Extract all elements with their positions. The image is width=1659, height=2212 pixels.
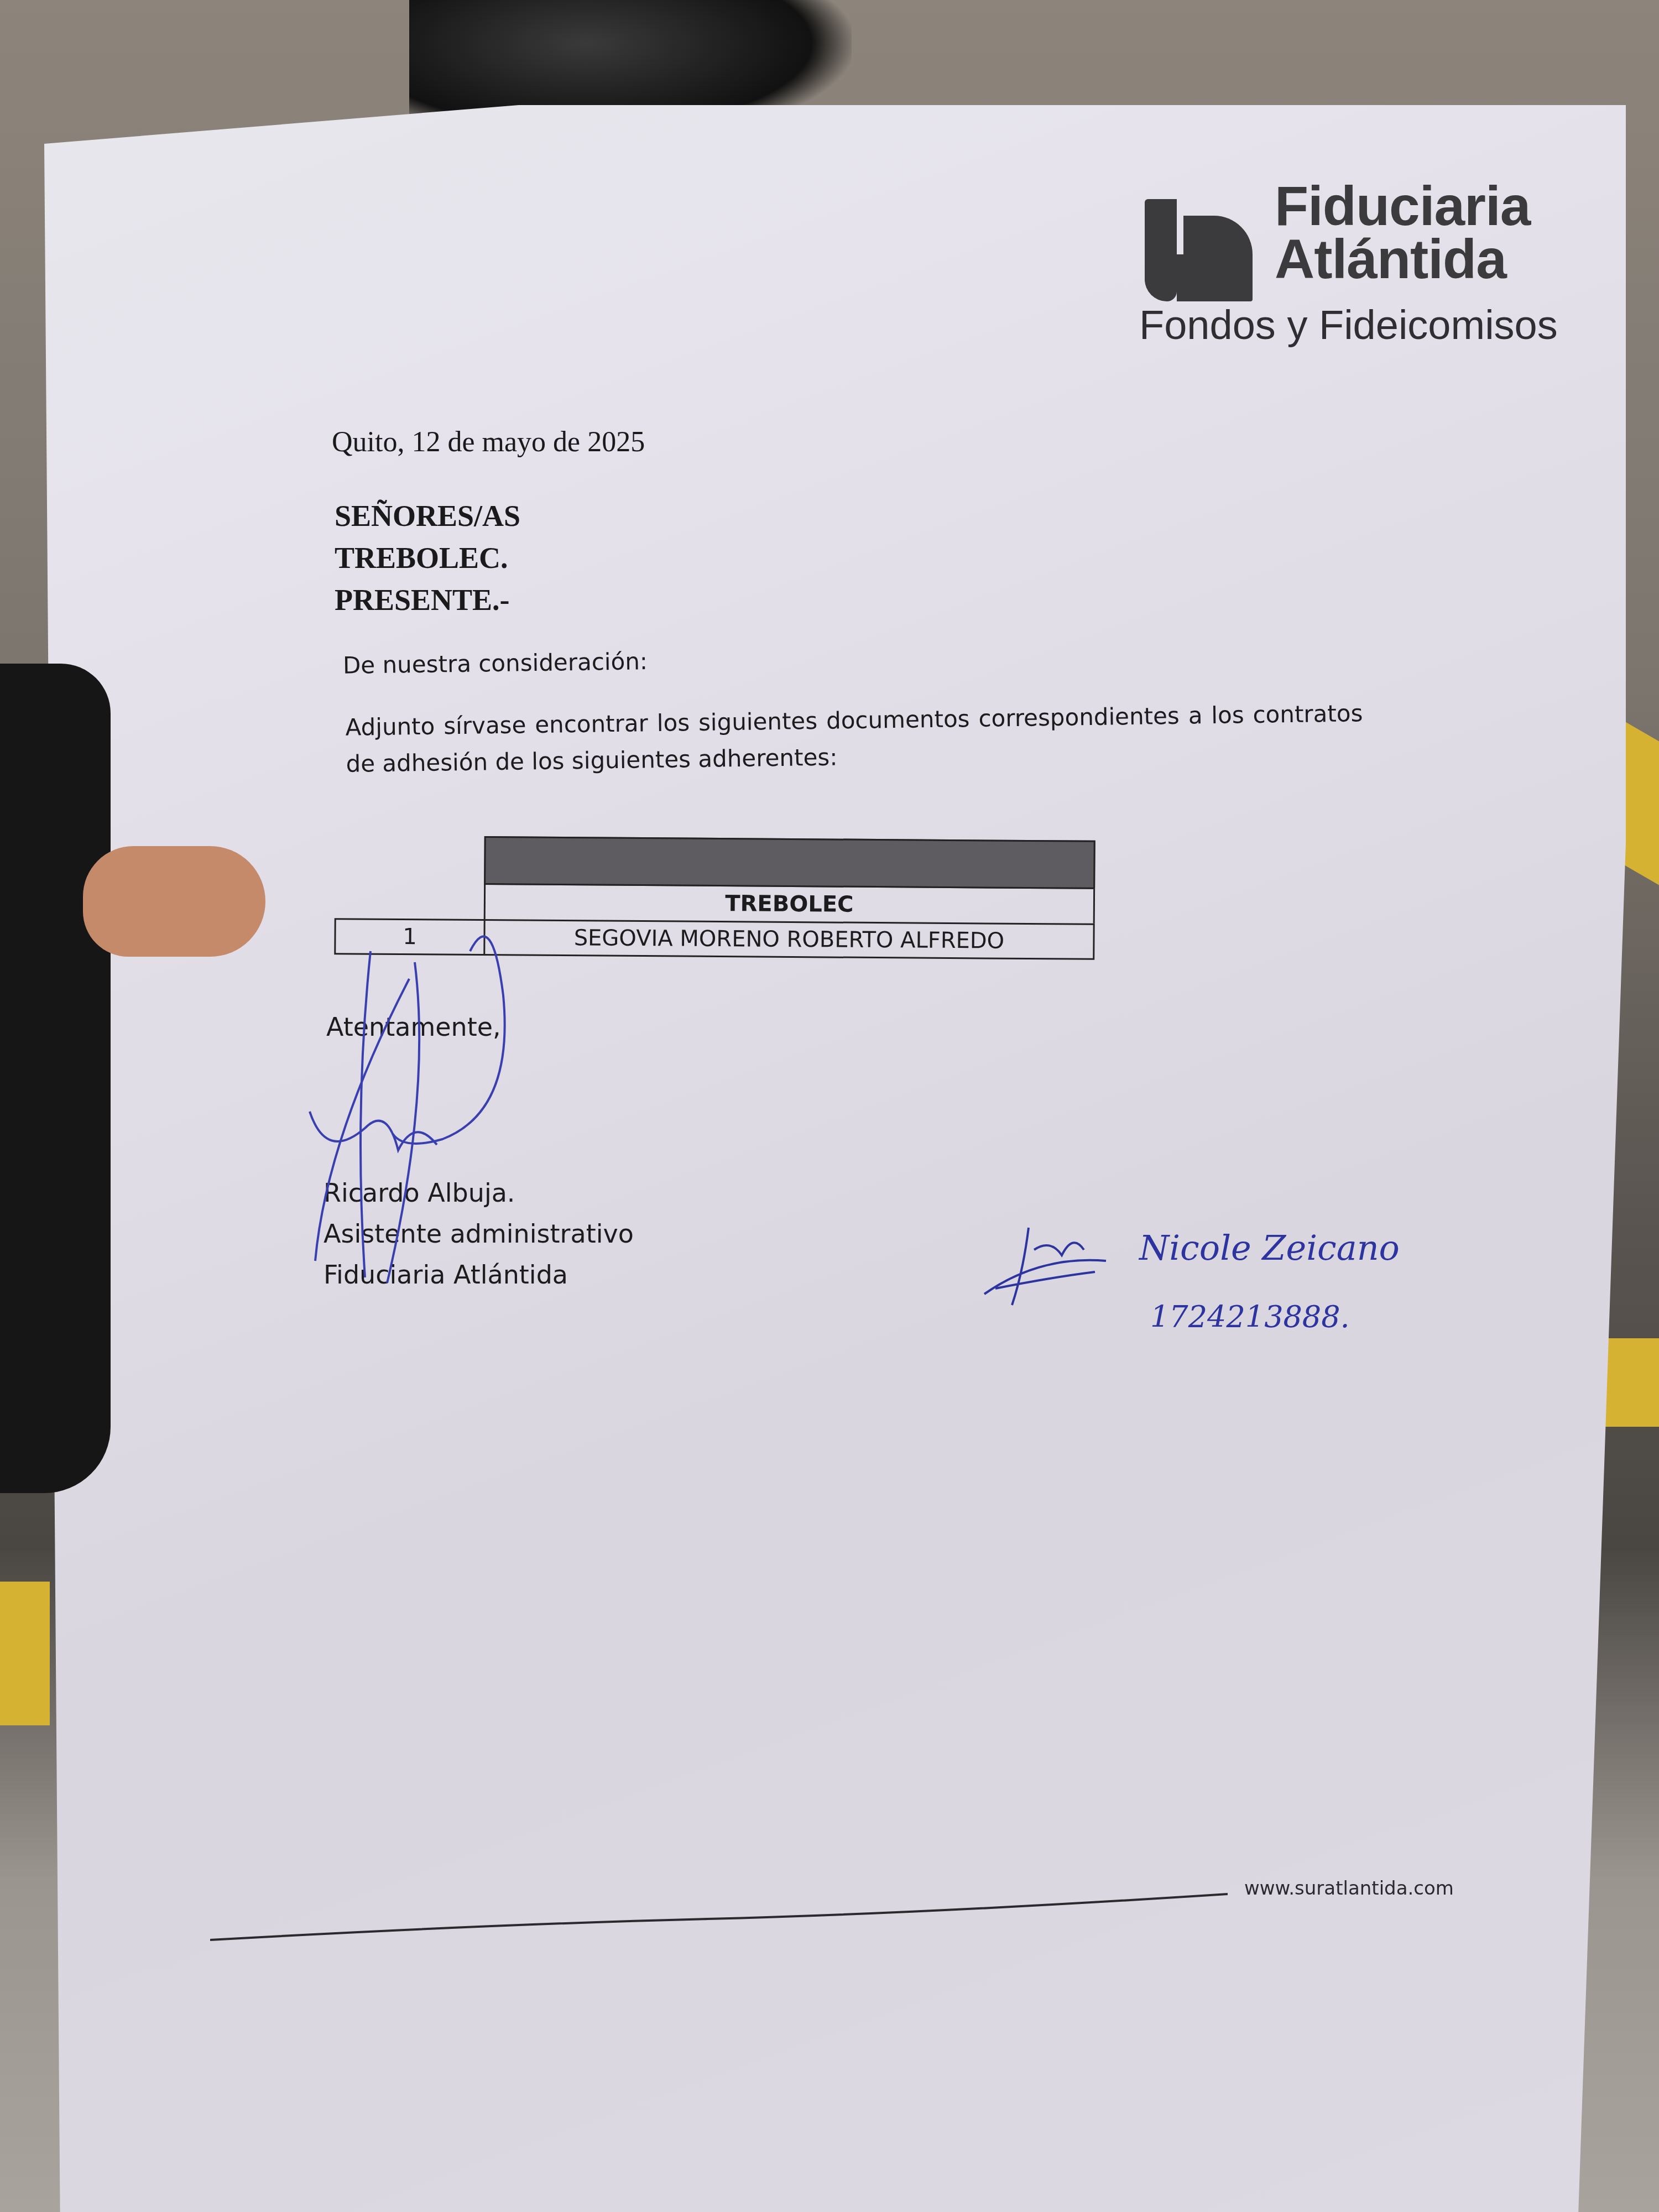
yellow-curb-left [0, 1582, 50, 1725]
receiver-name: Nicole Zeicano [1139, 1228, 1400, 1268]
thumb [83, 846, 265, 957]
footer-website: www.suratlantida.com [1244, 1877, 1454, 1900]
table-header-bar [484, 836, 1095, 889]
letter-date: Quito, 12 de mayo de 2025 [332, 426, 645, 458]
recipient-line: TREBOLEC. [335, 537, 520, 579]
receiver-id: 1724213888. [1150, 1300, 1350, 1334]
footer-divider [210, 1891, 1228, 1947]
company-logo: Fiduciaria Atlántida Fondos y Fideicomis… [1139, 182, 1559, 359]
logo-mark-icon [1145, 199, 1253, 301]
receiver-signature-icon [973, 1206, 1117, 1316]
recipient-line: PRESENTE.- [335, 579, 520, 621]
logo-tagline: Fondos y Fideicomisos [1139, 301, 1558, 348]
body-paragraph: Adjunto sírvase encontrar los siguientes… [345, 695, 1364, 782]
receiver-handwriting: Nicole Zeicano 1724213888. [973, 1206, 1515, 1360]
signature-scribble-icon [304, 929, 570, 1283]
recipient-block: SEÑORES/AS TREBOLEC. PRESENTE.- [335, 495, 520, 621]
adherent-name: SEGOVIA MORENO ROBERTO ALFREDO [485, 921, 1093, 958]
recipient-line: SEÑORES/AS [335, 495, 520, 537]
table-header: TREBOLEC [484, 885, 1095, 924]
hand-holding-page [0, 664, 111, 1493]
logo-name: Fiduciaria Atlántida [1275, 180, 1530, 286]
greeting: De nuestra consideración: [343, 648, 648, 679]
